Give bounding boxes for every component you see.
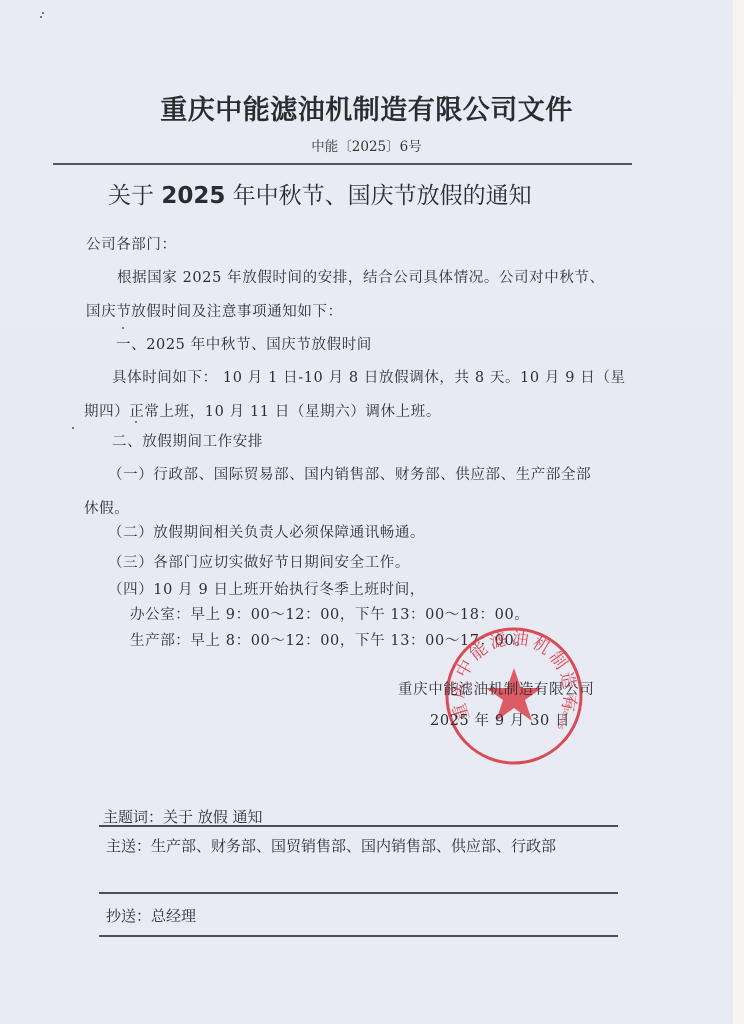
scan-speck (122, 327, 124, 329)
footer-divider-3 (99, 935, 618, 937)
footer-divider-2 (99, 892, 618, 894)
notice-title-suffix: 年中秋节、国庆节放假的通知 (225, 183, 531, 209)
document-header-title: 重庆中能滤油机制造有限公司文件 (0, 88, 733, 127)
section-1-line-1: 具体时间如下： 10 月 1 日-10 月 8 日放假调休，共 8 天。10 月… (112, 366, 626, 387)
intro-line-2: 国庆节放假时间及注意事项通知如下： (86, 300, 343, 321)
footer-cc: 抄送：总经理 (106, 905, 196, 926)
footer-keywords: 主题词：关于 放假 通知 (103, 806, 263, 827)
section-2-heading: 二、放假期间工作安排 (112, 430, 263, 451)
item-1-line-2: 休假。 (84, 497, 129, 518)
item-2: （二）放假期间相关负责人必须保障通讯畅通。 (108, 521, 425, 542)
item-4: （四）10 月 9 日上班开始执行冬季上班时间， (108, 578, 425, 599)
notice-title: 关于 2025 年中秋节、国庆节放假的通知 (108, 177, 532, 210)
notice-title-prefix: 关于 (108, 183, 161, 209)
scan-speck (42, 12, 44, 14)
scan-speck (40, 16, 42, 18)
item-3: （三）各部门应切实做好节日期间安全工作。 (108, 551, 410, 572)
footer-divider-1 (99, 825, 618, 827)
scan-speck (135, 421, 137, 423)
footer-main-recipients: 主送：生产部、财务部、国贸销售部、国内销售部、供应部、行政部 (106, 835, 556, 856)
scanned-paper: 重庆中能滤油机制造有限公司文件 中能〔2025〕6号 关于 2025 年中秋节、… (0, 0, 733, 1024)
signature-company: 重庆中能滤油机制造有限公司 (398, 678, 594, 699)
item-4-office-hours: 办公室：早上 9：00～12：00，下午 13：00～18：00。 (130, 603, 529, 624)
scan-edge (733, 0, 744, 1024)
scan-speck (72, 427, 74, 429)
item-1-line-1: （一）行政部、国际贸易部、国内销售部、财务部、供应部、生产部全部 (108, 463, 591, 484)
header-divider (53, 163, 632, 165)
notice-title-year: 2025 (161, 183, 225, 209)
signature-date: 2025 年 9 月 30 日 (430, 709, 570, 730)
section-1-line-2: 期四）正常上班，10 月 11 日（星期六）调休上班。 (84, 400, 441, 421)
intro-line-1: 根据国家 2025 年放假时间的安排，结合公司具体情况。公司对中秋节、 (117, 266, 605, 287)
document-number: 中能〔2025〕6号 (0, 135, 733, 155)
salutation: 公司各部门： (86, 233, 177, 254)
section-1-heading: 一、2025 年中秋节、国庆节放假时间 (116, 333, 372, 354)
